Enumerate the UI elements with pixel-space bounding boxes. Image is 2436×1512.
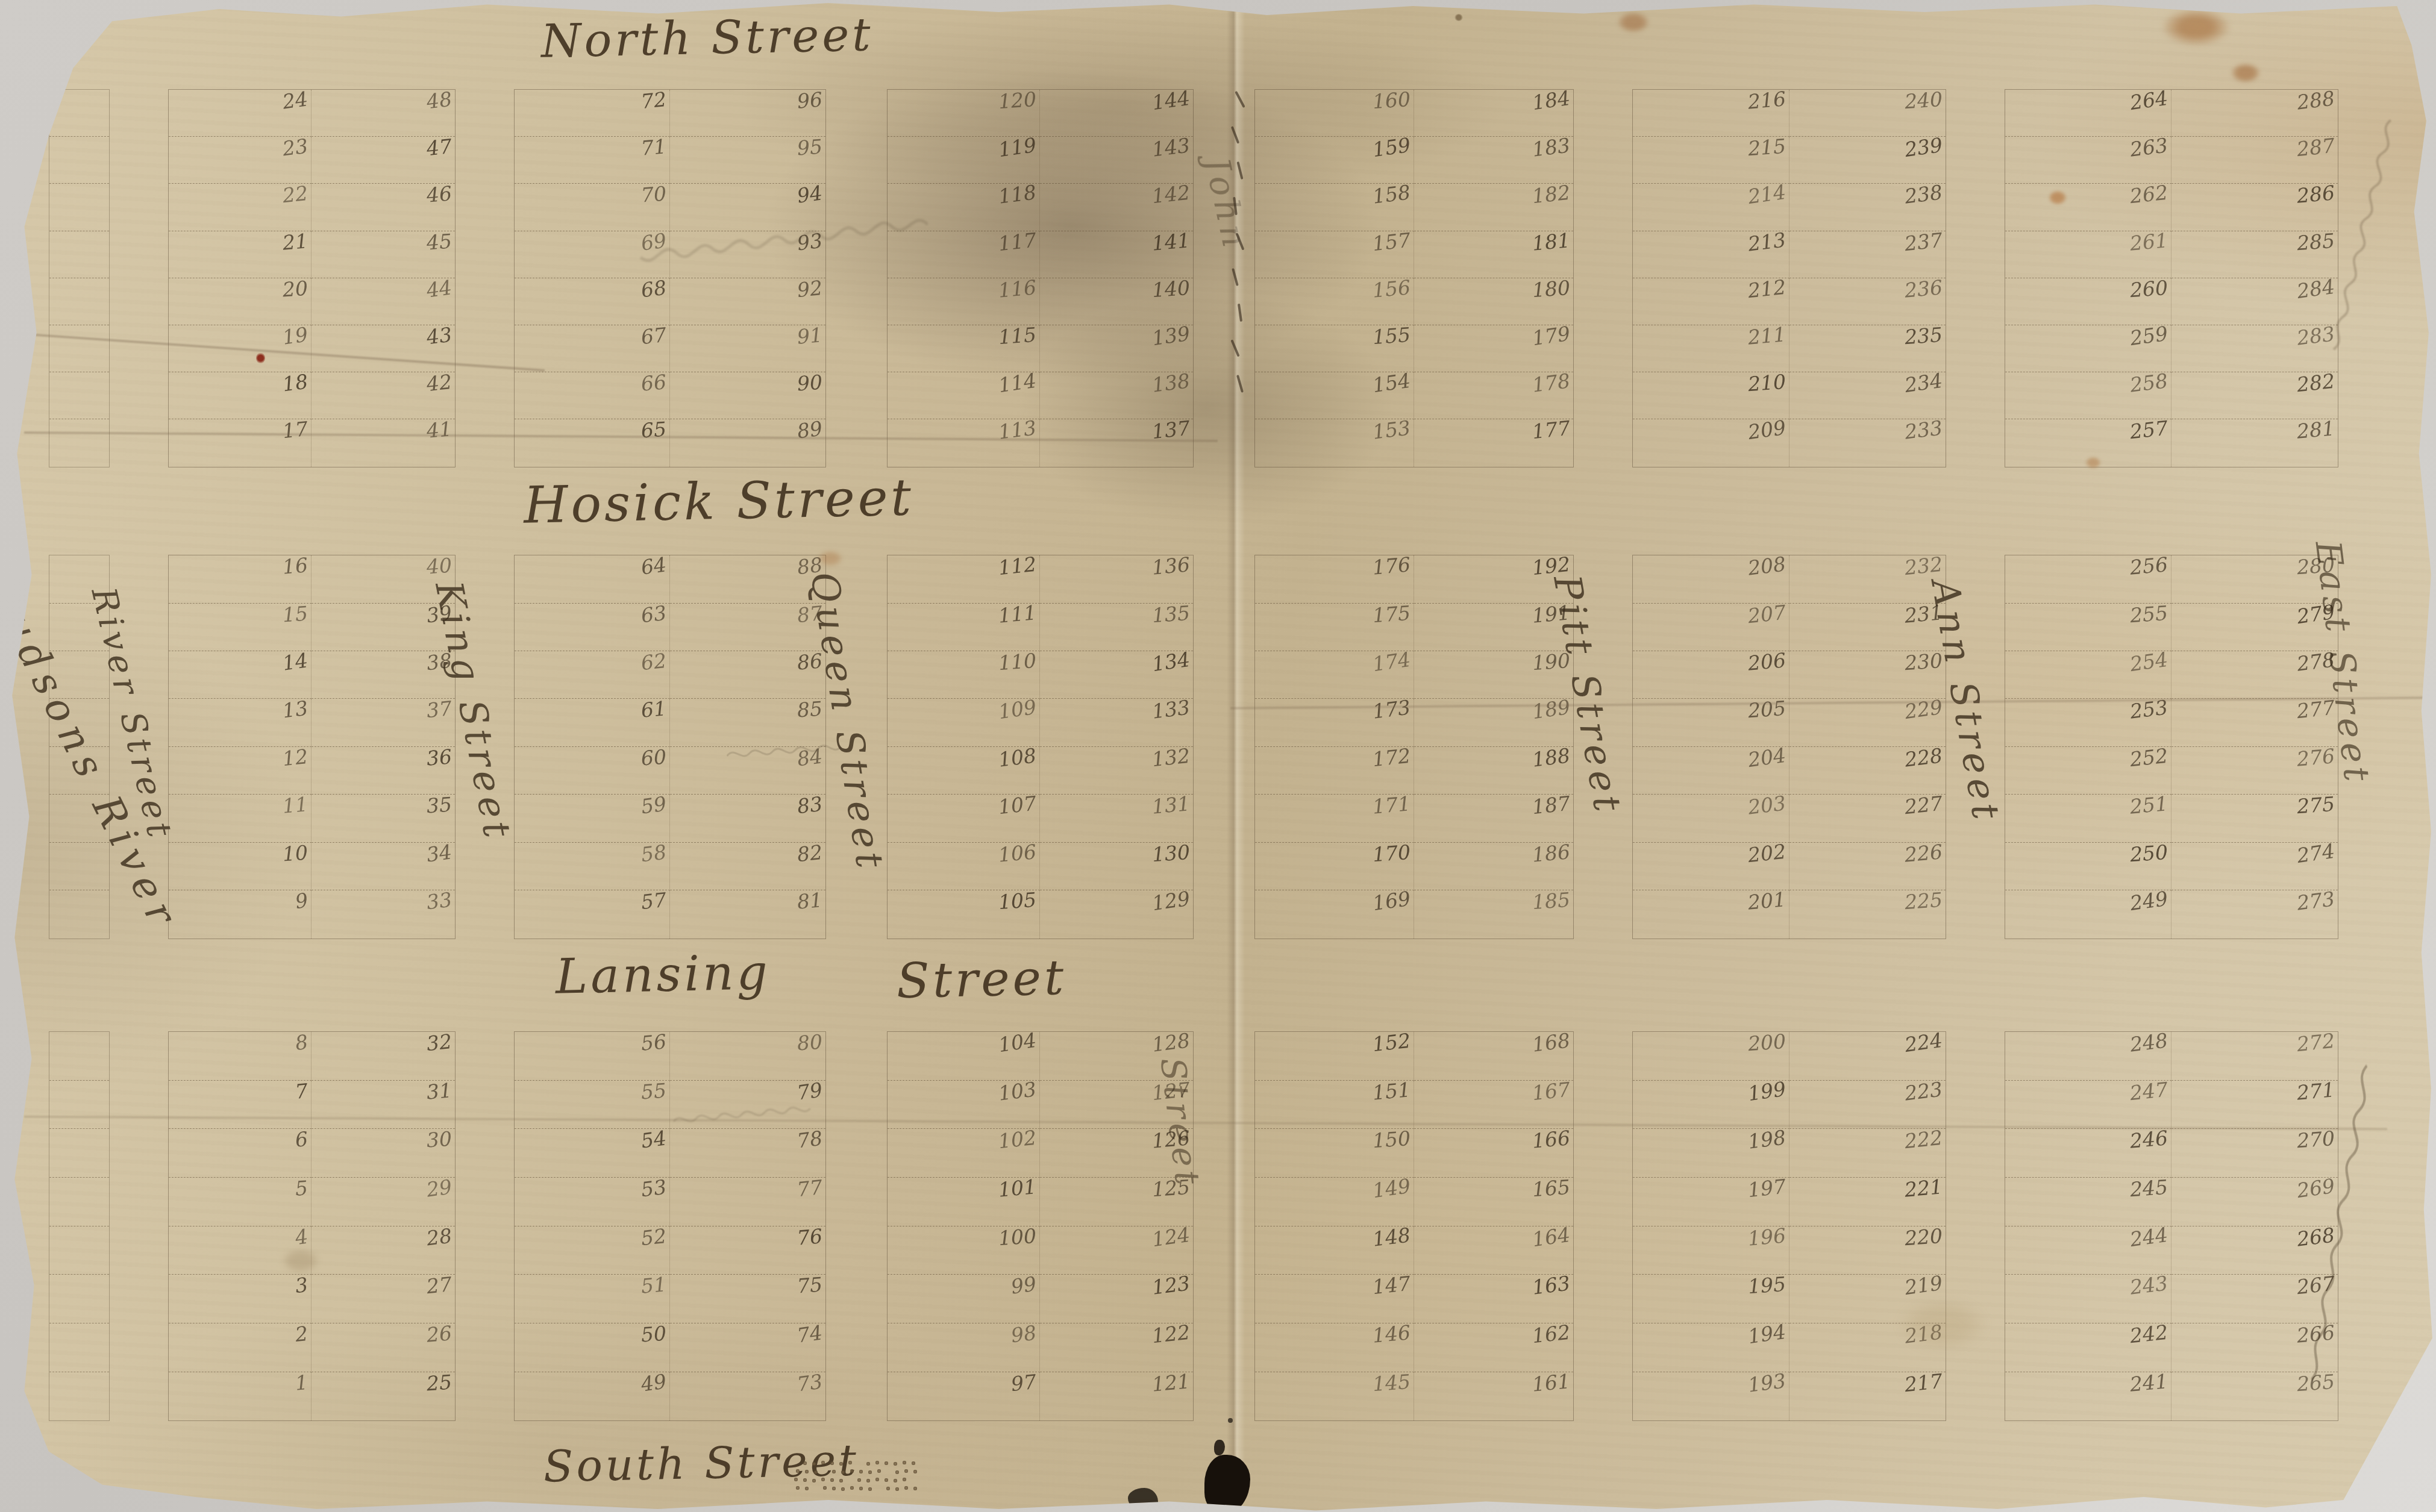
lot-number: 224 <box>1903 1030 1944 1055</box>
lot-number: 35 <box>426 795 452 816</box>
lot-number: 182 <box>1531 183 1571 206</box>
lot-number: 12 <box>282 746 309 769</box>
lot-cell: 26 <box>312 1323 455 1372</box>
lot-cell: 181 <box>1414 231 1573 278</box>
perforation-dot <box>868 1487 872 1491</box>
lot-number: 264 <box>2129 88 2169 113</box>
perforation-dot <box>796 1486 800 1490</box>
lot-number: 276 <box>2296 746 2336 769</box>
lot-number: 247 <box>2129 1079 2169 1102</box>
lot-cell: 37 <box>312 699 455 746</box>
lot-cell: 48 <box>312 90 455 137</box>
perforation-dot <box>886 1487 890 1490</box>
lot-cell: 13 <box>169 699 312 746</box>
lot-cell: 89 <box>670 419 825 466</box>
lot-cell: 222 <box>1789 1129 1946 1178</box>
lot-cell: 80 <box>670 1032 825 1081</box>
lot-number: 261 <box>2129 230 2169 253</box>
lot-cell: 107 <box>888 795 1041 842</box>
perforation-dot <box>912 1461 915 1465</box>
lot-number: 245 <box>2129 1177 2168 1199</box>
lot-cell: 66 <box>515 372 670 419</box>
lot-number: 7 <box>295 1080 309 1101</box>
lot-cell: 213 <box>1633 231 1789 278</box>
lot-cell: 130 <box>1040 843 1193 890</box>
lot-cell: 90 <box>670 372 825 419</box>
lot-cell: 183 <box>1414 137 1573 184</box>
lot-cell: 49 <box>515 1372 670 1421</box>
lot-number: 98 <box>1010 1323 1038 1346</box>
lot-number: 63 <box>640 602 668 625</box>
lot-cell: 53 <box>515 1178 670 1226</box>
lot-cell: 278 <box>2171 651 2338 699</box>
lot-number: 233 <box>1904 418 1944 442</box>
perforation-dot <box>903 1461 906 1464</box>
lot-number: 211 <box>1747 324 1786 347</box>
lot-cell: 156 <box>1255 278 1414 325</box>
lot-number: 119 <box>997 135 1038 160</box>
stain-red-dot <box>256 352 265 364</box>
lot-cell: 88 <box>670 555 825 603</box>
lot-cell: 136 <box>1040 555 1193 603</box>
lot-number: 54 <box>640 1128 668 1151</box>
lot-number: 72 <box>640 89 667 111</box>
lot-number: 172 <box>1371 746 1411 769</box>
perforation-dot <box>850 1486 854 1490</box>
lot-number: 162 <box>1531 1322 1571 1346</box>
lot-number: 16 <box>282 555 309 577</box>
lot-number: 200 <box>1747 1031 1786 1054</box>
lot-cell: 106 <box>888 843 1041 890</box>
lot-number: 279 <box>2296 601 2336 626</box>
lot-number: 144 <box>1151 88 1191 113</box>
lot-number: 20 <box>282 278 308 299</box>
lot-number: 39 <box>425 602 453 626</box>
lot-number: 138 <box>1151 370 1191 395</box>
lot-block: 1521681511671501661491651481641471631461… <box>1254 1031 1574 1422</box>
lot-block: 2162402152392142382132372122362112352102… <box>1632 89 1947 467</box>
lot-cell: 232 <box>1789 555 1946 603</box>
perforation-dot <box>848 1461 852 1464</box>
lot-cell: 126 <box>1040 1129 1193 1178</box>
lot-cell: 92 <box>670 278 825 325</box>
lot-number: 4 <box>294 1226 309 1248</box>
lot-cell <box>49 604 109 651</box>
lot-cell: 259 <box>2005 325 2171 372</box>
lot-cell: 246 <box>2005 1129 2171 1178</box>
lot-number: 280 <box>2296 555 2335 577</box>
lot-cell <box>49 231 109 278</box>
lot-number: 255 <box>2129 602 2168 625</box>
lot-number: 169 <box>1371 889 1412 913</box>
lot-cell: 71 <box>515 137 670 184</box>
lot-number: 203 <box>1747 793 1787 817</box>
perforation-dot <box>821 1478 825 1481</box>
lot-block: 1201441191431181421171411161401151391141… <box>887 89 1194 467</box>
lot-number: 19 <box>281 324 309 348</box>
lot-cell: 28 <box>312 1226 455 1275</box>
lot-cell: 60 <box>515 747 670 795</box>
lot-number: 190 <box>1532 651 1571 673</box>
lot-cell: 2 <box>169 1323 312 1372</box>
lot-number: 26 <box>426 1323 453 1345</box>
lot-number: 8 <box>295 1032 310 1053</box>
lot-number: 106 <box>998 842 1038 864</box>
lot-cell: 210 <box>1633 372 1789 419</box>
lot-block: 56805579547853775276517550744973 <box>514 1031 826 1422</box>
lot-number: 9 <box>294 890 309 912</box>
lot-cell: 137 <box>1040 419 1193 466</box>
lot-number: 114 <box>997 370 1038 395</box>
perforation-dot <box>875 1478 879 1481</box>
lot-number: 109 <box>997 697 1038 722</box>
lot-number: 30 <box>426 1129 452 1151</box>
lot-cell: 248 <box>2005 1032 2171 1081</box>
lot-cell: 15 <box>169 604 312 651</box>
lot-number: 140 <box>1151 278 1191 300</box>
lot-number: 73 <box>796 1371 824 1394</box>
lot-number: 141 <box>1151 230 1191 253</box>
lot-number: 131 <box>1151 794 1191 817</box>
lot-number: 149 <box>1371 1176 1412 1201</box>
lot-cell: 74 <box>670 1323 825 1372</box>
lot-cell: 108 <box>888 747 1041 795</box>
lot-cell: 115 <box>888 325 1041 372</box>
lot-number: 173 <box>1371 698 1412 722</box>
lot-cell: 17 <box>169 419 312 466</box>
lot-number: 64 <box>640 554 668 578</box>
ink-blot-drip <box>1214 1440 1225 1455</box>
lot-block: 1761921751911741901731891721881711871701… <box>1254 555 1574 939</box>
lot-number: 139 <box>1151 323 1191 348</box>
lot-block: 2562802552792542782532772522762512752502… <box>2005 555 2338 939</box>
perforation-dot <box>832 1487 836 1490</box>
lot-cell: 209 <box>1633 419 1789 466</box>
lot-cell: 202 <box>1633 843 1789 890</box>
lot-cell: 24 <box>169 90 312 137</box>
lot-number: 263 <box>2129 136 2170 160</box>
lot-cell: 169 <box>1255 890 1414 938</box>
street-label-lansing-street-word: Street <box>896 949 1067 1009</box>
lot-cell: 186 <box>1414 843 1573 890</box>
lot-number: 145 <box>1372 1372 1411 1394</box>
street-label-north: North Street <box>540 7 874 68</box>
lot-number: 160 <box>1372 89 1411 111</box>
lot-cell: 277 <box>2171 699 2338 746</box>
lot-block: 1041281031271021261011251001249912398122… <box>887 1031 1194 1422</box>
lot-cell: 34 <box>312 843 455 890</box>
lot-cell: 184 <box>1414 90 1573 137</box>
lot-number: 153 <box>1371 418 1412 442</box>
lot-number: 222 <box>1904 1128 1944 1151</box>
lot-cell: 52 <box>515 1226 670 1275</box>
lot-cell <box>49 184 109 231</box>
lot-cell: 239 <box>1789 137 1946 184</box>
lot-number: 110 <box>998 651 1037 673</box>
lot-number: 130 <box>1151 842 1191 864</box>
lot-cell: 161 <box>1414 1372 1573 1421</box>
lot-cell: 77 <box>670 1178 825 1226</box>
lot-number: 194 <box>1747 1322 1787 1346</box>
lot-number: 236 <box>1904 277 1944 300</box>
map-sheet: North Street Hosick Street Lansing Stree… <box>0 0 2436 1512</box>
lot-cell: 170 <box>1255 843 1414 890</box>
lot-cell: 205 <box>1633 699 1789 746</box>
lot-number: 101 <box>998 1176 1038 1199</box>
lot-cell <box>49 890 109 938</box>
lot-number: 197 <box>1747 1176 1786 1200</box>
lot-cell: 168 <box>1414 1032 1573 1081</box>
lot-number: 183 <box>1531 136 1571 160</box>
lot-number: 43 <box>425 325 453 348</box>
lot-number: 196 <box>1747 1225 1786 1248</box>
lot-cell: 82 <box>670 843 825 890</box>
lot-number: 156 <box>1372 277 1412 300</box>
lot-cell: 140 <box>1040 278 1193 325</box>
lot-cell: 166 <box>1414 1129 1573 1178</box>
lot-cell: 116 <box>888 278 1041 325</box>
lot-number: 117 <box>998 230 1038 253</box>
lot-number: 285 <box>2296 230 2335 252</box>
lot-cell: 63 <box>515 604 670 651</box>
lot-cell: 113 <box>888 419 1041 466</box>
lot-block: 2482722472712462702452692442682432672422… <box>2005 1031 2338 1422</box>
perforation-dot <box>859 1487 863 1490</box>
stain-bottom-right-soft <box>1900 1301 1985 1349</box>
lot-cell: 224 <box>1789 1032 1946 1081</box>
lot-number: 125 <box>1151 1177 1191 1199</box>
lot-cell: 274 <box>2171 843 2338 890</box>
lot-number: 191 <box>1531 602 1571 625</box>
lot-number: 6 <box>295 1129 309 1150</box>
lot-cell: 101 <box>888 1178 1041 1226</box>
lot-number: 258 <box>2129 370 2170 395</box>
lot-number: 59 <box>640 794 668 817</box>
perforation-dot <box>877 1469 881 1473</box>
lot-number: 210 <box>1747 372 1786 394</box>
lot-number: 25 <box>426 1372 452 1393</box>
lot-number: 123 <box>1151 1273 1191 1298</box>
lot-number: 161 <box>1531 1371 1571 1394</box>
lot-number: 158 <box>1371 183 1412 207</box>
lot-cell: 149 <box>1255 1178 1414 1226</box>
lot-cell: 62 <box>515 651 670 699</box>
lot-cell: 104 <box>888 1032 1041 1081</box>
lot-cell <box>49 1372 109 1421</box>
perforation-dot <box>803 1478 807 1482</box>
lot-cell: 279 <box>2171 604 2338 651</box>
lot-cell: 187 <box>1414 795 1573 842</box>
perforation-dot <box>885 1478 888 1482</box>
lot-cell: 105 <box>888 890 1041 938</box>
lot-number: 230 <box>1904 651 1943 673</box>
lot-number: 18 <box>282 372 310 395</box>
lot-cell: 86 <box>670 651 825 699</box>
lot-cell: 261 <box>2005 231 2171 278</box>
perforation-dot <box>850 1469 854 1473</box>
lot-cell: 157 <box>1255 231 1414 278</box>
perforation-dot <box>866 1462 870 1466</box>
lot-number: 124 <box>1151 1224 1191 1249</box>
lot-cell: 3 <box>169 1275 312 1323</box>
lot-cell: 167 <box>1414 1081 1573 1129</box>
lot-cell: 125 <box>1040 1178 1193 1226</box>
lot-cell: 268 <box>2171 1226 2338 1275</box>
lot-cell: 9 <box>169 890 312 938</box>
lot-cell: 54 <box>515 1129 670 1178</box>
lot-number: 133 <box>1151 698 1191 722</box>
lot-number: 226 <box>1904 842 1944 864</box>
lot-number: 104 <box>997 1030 1038 1055</box>
perforation-dot <box>805 1487 809 1490</box>
lot-cell: 247 <box>2005 1081 2171 1129</box>
perforation-dot <box>839 1462 843 1466</box>
lot-cell: 41 <box>312 419 455 466</box>
lot-cell <box>49 419 109 466</box>
lot-cell: 214 <box>1633 184 1789 231</box>
lot-number: 167 <box>1531 1079 1571 1102</box>
perforation-dot <box>859 1470 863 1473</box>
lot-number: 189 <box>1531 697 1571 722</box>
lot-cell: 272 <box>2171 1032 2338 1081</box>
lot-number: 40 <box>426 555 452 577</box>
lot-number: 286 <box>2296 183 2336 206</box>
riverfront-strip-column <box>49 555 110 939</box>
lot-cell: 216 <box>1633 90 1789 137</box>
perforation-dot <box>913 1470 917 1473</box>
lot-cell: 185 <box>1414 890 1573 938</box>
lot-cell: 51 <box>515 1275 670 1323</box>
lot-number: 256 <box>2129 554 2169 577</box>
lot-number: 62 <box>640 651 667 673</box>
lot-cell: 83 <box>670 795 825 842</box>
lot-number: 174 <box>1371 649 1412 674</box>
lot-number: 204 <box>1747 745 1787 770</box>
lot-number: 202 <box>1747 842 1786 865</box>
lot-number: 1 <box>295 1372 309 1393</box>
lot-cell: 98 <box>888 1323 1041 1372</box>
lot-number: 46 <box>426 184 453 206</box>
lot-number: 80 <box>796 1031 822 1053</box>
lot-cell: 164 <box>1414 1226 1573 1275</box>
lot-cell: 134 <box>1040 651 1193 699</box>
lot-cell: 102 <box>888 1129 1041 1178</box>
lot-cell: 203 <box>1633 795 1789 842</box>
lot-cell: 7 <box>169 1081 312 1129</box>
lot-cell: 97 <box>888 1372 1041 1421</box>
lot-cell: 260 <box>2005 278 2171 325</box>
lot-number: 220 <box>1904 1225 1943 1248</box>
lot-cell: 110 <box>888 651 1041 699</box>
lot-cell: 8 <box>169 1032 312 1081</box>
lot-number: 102 <box>998 1128 1038 1151</box>
perforation-dot <box>830 1461 834 1465</box>
lot-block: 1601841591831581821571811561801551791541… <box>1254 89 1574 467</box>
lot-number: 179 <box>1531 323 1571 348</box>
lot-number: 37 <box>425 698 452 720</box>
lot-cell: 56 <box>515 1032 670 1081</box>
lot-cell: 27 <box>312 1275 455 1323</box>
lot-number: 95 <box>796 137 822 158</box>
lot-cell: 139 <box>1040 325 1193 372</box>
lot-number: 60 <box>640 746 667 768</box>
ink-blot-secondary <box>1128 1488 1158 1511</box>
lot-cell: 280 <box>2171 555 2338 603</box>
lot-number: 134 <box>1151 649 1191 674</box>
lot-number: 206 <box>1747 650 1786 673</box>
lot-cell: 132 <box>1040 747 1193 795</box>
lot-number: 166 <box>1531 1128 1571 1151</box>
lot-number: 175 <box>1372 602 1411 625</box>
lot-number: 151 <box>1372 1079 1412 1102</box>
lot-number: 27 <box>425 1274 452 1296</box>
lot-number: 284 <box>2296 276 2336 301</box>
lot-cell: 70 <box>515 184 670 231</box>
lot-number: 143 <box>1151 136 1191 160</box>
lot-cell: 109 <box>888 699 1041 746</box>
lot-cell <box>49 1323 109 1372</box>
lot-number: 177 <box>1531 418 1571 442</box>
lot-cell: 286 <box>2171 184 2338 231</box>
perforation-dot <box>839 1479 843 1482</box>
lot-cell: 206 <box>1633 651 1789 699</box>
lot-cell: 100 <box>888 1226 1041 1275</box>
lot-number: 241 <box>2129 1371 2169 1394</box>
lot-cell: 233 <box>1789 419 1946 466</box>
lot-number: 56 <box>640 1031 667 1054</box>
lot-number: 47 <box>425 136 452 158</box>
stain-rust-top-right <box>2163 9 2229 45</box>
lot-cell: 155 <box>1255 325 1414 372</box>
lot-number: 201 <box>1747 890 1786 913</box>
lot-cell: 262 <box>2005 184 2171 231</box>
lot-number: 77 <box>796 1177 823 1199</box>
lot-cell: 68 <box>515 278 670 325</box>
lot-number: 13 <box>282 698 310 721</box>
lot-number: 91 <box>796 325 823 347</box>
perforation-dot <box>875 1461 879 1464</box>
lot-cell <box>49 1129 109 1178</box>
lot-number: 22 <box>282 183 309 205</box>
lot-cell: 10 <box>169 843 312 890</box>
lot-number: 103 <box>998 1079 1038 1103</box>
lot-number: 168 <box>1531 1030 1571 1054</box>
lot-cell: 16 <box>169 555 312 603</box>
lot-cell: 191 <box>1414 604 1573 651</box>
lot-number: 67 <box>640 325 667 347</box>
stain-freckles-bottom-left <box>283 1249 319 1273</box>
lot-cell: 123 <box>1040 1275 1193 1323</box>
lot-cell: 243 <box>2005 1275 2171 1323</box>
lot-cell: 190 <box>1414 651 1573 699</box>
perforation-dot <box>885 1461 888 1465</box>
lot-cell: 212 <box>1633 278 1789 325</box>
perforation-dot <box>814 1470 818 1474</box>
perforation-dot <box>894 1479 897 1482</box>
lot-number: 31 <box>426 1080 453 1102</box>
lot-number: 147 <box>1371 1273 1411 1297</box>
lot-cell: 217 <box>1789 1372 1946 1421</box>
perforation-dot <box>805 1470 809 1473</box>
lot-number: 254 <box>2129 649 2169 674</box>
lot-cell: 112 <box>888 555 1041 603</box>
lot-cell: 283 <box>2171 325 2338 372</box>
lot-number: 214 <box>1747 182 1787 207</box>
lot-number: 257 <box>2129 418 2169 442</box>
lot-number: 85 <box>796 699 822 720</box>
lot-number: 23 <box>282 136 310 159</box>
lot-cell: 160 <box>1255 90 1414 137</box>
